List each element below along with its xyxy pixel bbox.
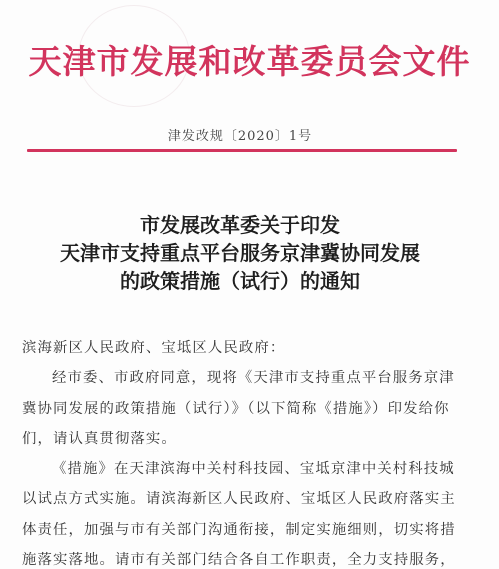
salutation: 滨海新区人民政府、宝坻区人民政府： xyxy=(22,333,462,363)
document-number: 津发改规〔2020〕1号 xyxy=(0,127,480,147)
body-line: 经市委、市政府同意，现将《天津市支持重点平台服务京津 xyxy=(22,363,462,393)
document-page: 天津市发展和改革委员会文件 津发改规〔2020〕1号 市发展改革委关于印发 天津… xyxy=(0,0,499,569)
title-line: 天津市支持重点平台服务京津冀协同发展 xyxy=(0,239,480,267)
body-line: 体责任，加强与市有关部门沟通衔接，制定实施细则，切实将措 xyxy=(22,515,462,545)
body-line: 以试点方式实施。请滨海新区人民政府、宝坻区人民政府落实主 xyxy=(22,484,462,514)
document-body: 滨海新区人民政府、宝坻区人民政府： 经市委、市政府同意，现将《天津市支持重点平台… xyxy=(22,333,462,569)
title-line: 的政策措施（试行）的通知 xyxy=(0,267,480,295)
body-line: 冀协同发展的政策措施（试行）》（以下简称《措施》）印发给你 xyxy=(22,394,462,424)
body-line: 《措施》在天津滨海中关村科技园、宝坻京津中关村科技城 xyxy=(22,454,462,484)
body-line: 们，请认真贯彻落实。 xyxy=(22,424,462,454)
red-divider-line xyxy=(27,149,457,152)
issuing-organization-header: 天津市发展和改革委员会文件 xyxy=(0,38,499,86)
title-line: 市发展改革委关于印发 xyxy=(0,211,480,239)
body-line: 施落实落地。请市有关部门结合各自工作职责，全力支持服务， xyxy=(22,545,462,569)
document-title: 市发展改革委关于印发 天津市支持重点平台服务京津冀协同发展 的政策措施（试行）的… xyxy=(0,211,480,295)
